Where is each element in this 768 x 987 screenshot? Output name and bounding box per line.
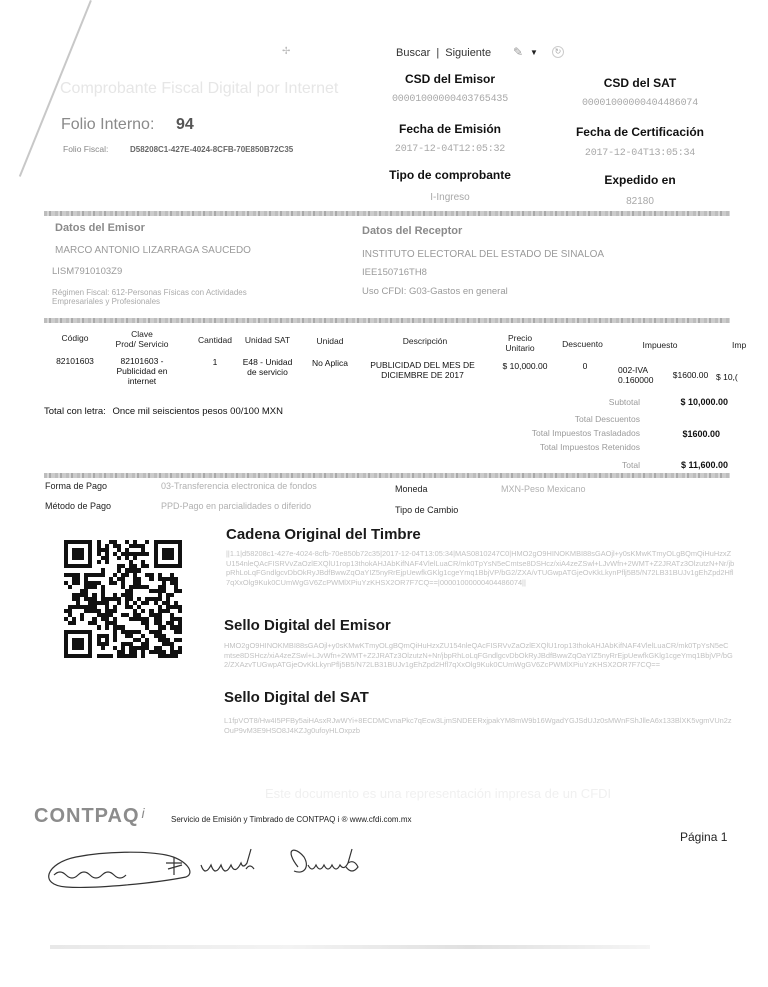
document-title: Comprobante Fiscal Digital por Internet: [60, 80, 338, 98]
col-importe: Imp: [732, 340, 762, 350]
receptor-rfc: IEE150716TH8: [362, 267, 427, 278]
col-descuento: Descuento: [555, 339, 610, 349]
cell-descripcion: PUBLICIDAD DEL MES DE DICIEMBRE DE 2017: [365, 360, 480, 380]
expedido-en-value: 82180: [570, 196, 710, 207]
cadena-original-title: Cadena Original del Timbre: [226, 526, 421, 543]
toolbar: Buscar | Siguiente: [396, 47, 491, 59]
tipo-comprobante-label: Tipo de comprobante: [370, 168, 530, 182]
metodo-pago-value: PPD-Pago en parcialidades o diferido: [161, 501, 311, 511]
folio-fiscal-label: Folio Fiscal:: [63, 144, 108, 154]
cell-unidad-sat-line1: E48 - Unidad: [240, 357, 295, 367]
cell-unidad-sat: E48 - Unidad de servicio: [240, 357, 295, 377]
fecha-emision-value: 2017-12-04T12:05:32: [370, 144, 530, 155]
cell-clave-line3: internet: [112, 376, 172, 386]
col-codigo: Código: [50, 333, 100, 343]
qr-code: [64, 540, 182, 658]
cell-impuesto-monto: $1600.00: [668, 370, 713, 380]
sello-sat-title: Sello Digital del SAT: [224, 689, 369, 706]
cell-unidad: No Aplica: [305, 358, 355, 368]
fecha-certificacion-label: Fecha de Certificación: [560, 125, 720, 139]
service-text: Servicio de Emisión y Timbrado de CONTPA…: [171, 815, 411, 824]
emisor-regimen: Régimen Fiscal: 612-Personas Físicas con…: [52, 288, 247, 306]
cadena-original-value: ||1.1|d58208c1-427e-4024-8cfb-70e850b72c…: [226, 549, 736, 587]
next-link[interactable]: Siguiente: [445, 47, 491, 59]
folio-fiscal-value: D58208C1-427E-4024-8CFB-70E850B72C35: [130, 145, 293, 154]
regimen-line-1: Régimen Fiscal: 612-Personas Físicas con…: [52, 288, 247, 297]
tipo-comprobante-value: I-Ingreso: [370, 192, 530, 203]
subtotal-value: $ 10,000.00: [648, 397, 728, 407]
cell-descripcion-line2: DICIEMBRE DE 2017: [365, 370, 480, 380]
col-precio-line2: Unitario: [495, 343, 545, 353]
fecha-certificacion-value: 2017-12-04T13:05:34: [560, 148, 720, 159]
emisor-rfc: LISM7910103Z9: [52, 266, 122, 277]
total-value: $ 11,600.00: [648, 460, 728, 470]
col-cantidad: Cantidad: [190, 335, 240, 345]
col-clave: Clave Prod/ Servicio: [112, 329, 172, 349]
forma-pago-value: 03-Transferencia electronica de fondos: [161, 481, 317, 491]
receptor-name: INSTITUTO ELECTORAL DEL ESTADO DE SINALO…: [362, 249, 604, 260]
retenidos-label: Total Impuestos Retenidos: [490, 442, 640, 452]
csd-emisor-value: 00001000000403765435: [370, 94, 530, 105]
contpaq-brand-suffix: i: [142, 805, 146, 821]
subtotal-label: Subtotal: [490, 397, 640, 407]
page-number: Página 1: [680, 830, 727, 844]
folio-interno-label: Folio Interno:: [61, 116, 154, 134]
col-precio: Precio Unitario: [495, 333, 545, 353]
scan-bleed-text: [50, 945, 650, 949]
col-clave-line1: Clave: [112, 329, 172, 339]
sello-sat-value: L1fpVOT8/Hw4I5PFBy5aiHAsxRJwWYi+8ECDMCvn…: [224, 716, 734, 735]
divider: [44, 211, 730, 216]
col-unidad: Unidad: [305, 336, 355, 346]
cell-clave-line2: Publicidad en: [112, 366, 172, 376]
folio-interno-value: 94: [176, 116, 194, 134]
cell-precio: $ 10,000.00: [495, 361, 555, 371]
cell-cantidad: 1: [190, 357, 240, 367]
col-unidad-sat: Unidad SAT: [240, 335, 295, 345]
trasladados-value: $1600.00: [640, 429, 720, 439]
csd-sat-label: CSD del SAT: [570, 76, 710, 90]
edit-tool-icon[interactable]: ✎: [513, 45, 523, 59]
cell-impuesto: 002-IVA 0.160000: [618, 365, 658, 385]
cell-codigo: 82101603: [50, 356, 100, 366]
col-clave-line2: Prod/ Servicio: [112, 339, 172, 349]
sello-emisor-title: Sello Digital del Emisor: [224, 617, 391, 634]
sello-emisor-value: HMO2gO9HINOKMBI88sGAOjl+y0sKMwKTmyOLgBQm…: [224, 641, 734, 670]
cursor-icon: ✢: [282, 46, 290, 57]
cell-descripcion-line1: PUBLICIDAD DEL MES DE: [365, 360, 480, 370]
caret-down-icon[interactable]: ▼: [530, 48, 538, 57]
moneda-value: MXN-Peso Mexicano: [501, 484, 586, 494]
receptor-uso-cfdi: Uso CFDI: G03-Gastos en general: [362, 286, 508, 297]
cell-importe: $ 10,(: [716, 372, 756, 382]
csd-emisor-label: CSD del Emisor: [385, 72, 515, 86]
emisor-name: MARCO ANTONIO LIZARRAGA SAUCEDO: [55, 245, 251, 256]
divider: [44, 318, 730, 323]
refresh-icon[interactable]: ↻: [552, 46, 564, 58]
contpaq-logo: CONTPAQi: [34, 805, 146, 828]
col-impuesto: Impuesto: [630, 340, 690, 350]
cell-impuesto-tasa: 0.160000: [618, 375, 658, 385]
receptor-title: Datos del Receptor: [362, 225, 462, 237]
toolbar-separator: |: [436, 47, 439, 59]
emisor-title: Datos del Emisor: [55, 222, 145, 234]
cell-descuento: 0: [565, 361, 605, 371]
search-link[interactable]: Buscar: [396, 47, 430, 59]
csd-sat-value: 00001000000404486074: [560, 98, 720, 109]
trasladados-label: Total Impuestos Trasladados: [490, 428, 640, 438]
total-letra-label: Total con letra:: [44, 406, 106, 417]
cell-clave-line1: 82101603 -: [112, 356, 172, 366]
col-descripcion: Descripción: [370, 336, 480, 346]
cell-unidad-sat-line2: de servicio: [240, 367, 295, 377]
tipo-cambio-label: Tipo de Cambio: [395, 505, 458, 515]
col-precio-line1: Precio: [495, 333, 545, 343]
forma-pago-label: Forma de Pago: [45, 481, 107, 491]
total-letra: Total con letra: Once mil seiscientos pe…: [44, 406, 283, 417]
fecha-emision-label: Fecha de Emisión: [375, 122, 525, 136]
cfdi-legend: Este documento es una representación imp…: [265, 786, 611, 801]
handwritten-signature: [36, 845, 436, 895]
contpaq-brand: CONTPAQ: [34, 805, 140, 827]
cell-impuesto-tipo: 002-IVA: [618, 365, 658, 375]
regimen-line-2: Empresariales y Profesionales: [52, 297, 247, 306]
cell-clave: 82101603 - Publicidad en internet: [112, 356, 172, 386]
metodo-pago-label: Método de Pago: [45, 501, 111, 511]
moneda-label: Moneda: [395, 484, 428, 494]
total-letra-value: Once mil seiscientos pesos 00/100 MXN: [112, 406, 283, 417]
descuentos-label: Total Descuentos: [490, 414, 640, 424]
total-label: Total: [490, 460, 640, 470]
divider: [44, 473, 730, 478]
expedido-en-label: Expedido en: [570, 173, 710, 187]
